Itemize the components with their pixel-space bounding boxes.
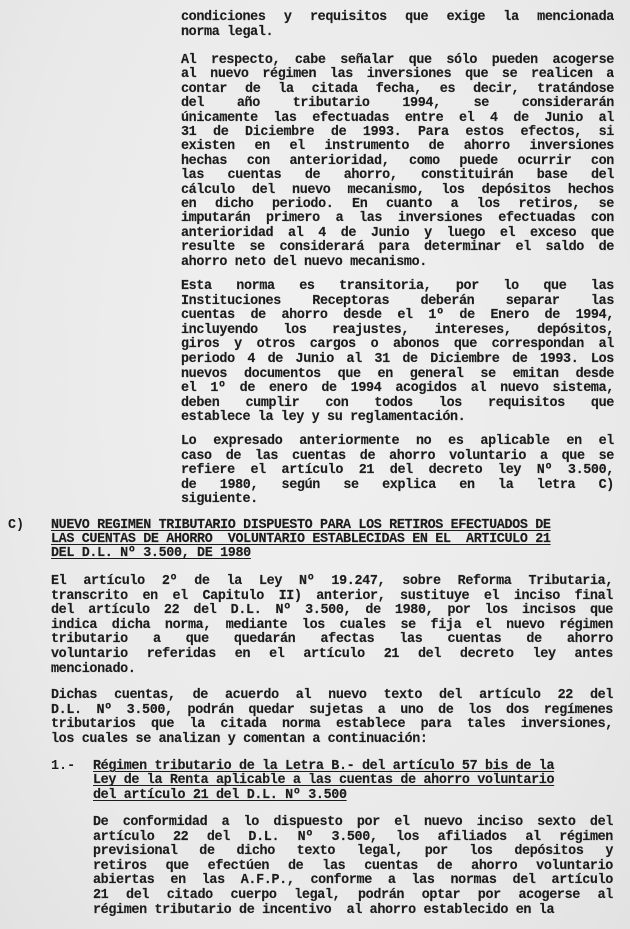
text-line: Esta norma es transitoria, por lo que la…	[181, 279, 614, 294]
text-line: indica dicha norma, mediante los cuales …	[51, 618, 613, 633]
text-line: giros y otros cargos o abonos que corres…	[181, 337, 614, 352]
text-line: Ley de la Renta aplicable a las cuentas …	[93, 773, 613, 788]
text-line: del artículo 21 del D.L. Nº 3.500	[93, 788, 613, 803]
text-line: De conformidad a lo dispuesto por el nue…	[93, 815, 613, 830]
text-line: Al respecto, cabe señalar que sólo puede…	[181, 53, 614, 68]
section-c-label: C)	[8, 518, 24, 533]
text-line: norma legal.	[181, 25, 614, 40]
text-line: voluntario referidas en el artículo 21 d…	[51, 647, 613, 662]
scanned-document-page: condiciones y requisitos que exige la me…	[0, 0, 630, 929]
text-line: 21 del citado cuerpo legal, podrán optar…	[93, 888, 613, 903]
text-line: el 1º de enero de 1994 acogidos al nuevo…	[181, 381, 614, 396]
text-line: contar de la citada fecha, es decir, tra…	[181, 82, 614, 97]
text-line: abiertas en las A.F.P., conforme a las n…	[93, 873, 613, 888]
text-line: cálculo del nuevo mecanismo, los depósit…	[181, 183, 614, 198]
text-line: caso de las cuentas de ahorro voluntario…	[181, 449, 614, 464]
text-line: los cuales se analizan y comentan a cont…	[51, 732, 613, 747]
text-line: hechas con anterioridad, como puede ocur…	[181, 154, 614, 169]
text-line: artículo 22 del D.L. Nº 3.500, los afili…	[93, 830, 613, 845]
text-line: 31 de Diciembre de 1993. Para estos efec…	[181, 125, 614, 140]
text-line: cuentas de ahorro desde el 1º de Enero d…	[181, 308, 614, 323]
text-line: incluyendo los reajustes, intereses, dep…	[181, 323, 614, 338]
text-line: Instituciones Receptoras deberán separar…	[181, 294, 614, 309]
text-line: régimen tributario de incentivo al ahorr…	[93, 903, 613, 918]
text-line: periodo 4 de Junio al 31 de Diciembre de…	[181, 352, 614, 367]
text-line: del artículo 22 del D.L. Nº 3.500, de 19…	[51, 603, 613, 618]
text-line: imputarán primero a las inversiones efec…	[181, 211, 614, 226]
text-line: las cuentas de ahorro, constituirán base…	[181, 168, 614, 183]
text-line: en dicho periodo. En cuanto a los retiro…	[181, 197, 614, 212]
item-1-label: 1.-	[51, 759, 75, 774]
text-line: anterioridad al 4 de Junio y luego el ex…	[181, 226, 614, 241]
text-line: ahorro neto del nuevo mecanismo.	[181, 255, 614, 270]
text-line: del año tributario 1994, se considerarán	[181, 96, 614, 111]
text-line: retiros que efectúen de las cuentas de a…	[93, 859, 613, 874]
text-line: establece la ley y su reglamentación.	[181, 410, 614, 425]
text-line: nuevos documentos que en general se emit…	[181, 367, 614, 382]
text-line: NUEVO REGIMEN TRIBUTARIO DISPUESTO PARA …	[51, 518, 613, 533]
text-line: deben cumplir con todos los requisitos q…	[181, 396, 614, 411]
text-line: refiere el artículo 21 del decreto ley N…	[181, 463, 614, 478]
text-line: de 1980, según se explica en la letra C)	[181, 478, 614, 493]
text-line: únicamente las efectuadas entre el 4 de …	[181, 111, 614, 126]
text-line: mencionado.	[51, 662, 613, 677]
text-line: resulte se considerará para determinar e…	[181, 240, 614, 255]
text-line: Lo expresado anteriormente no es aplicab…	[181, 434, 614, 449]
text-line: condiciones y requisitos que exige la me…	[181, 10, 614, 25]
text-line: Dichas cuentas, de acuerdo al nuevo text…	[51, 688, 613, 703]
text-line: tributarios que la citada norma establec…	[51, 717, 613, 732]
text-line: al nuevo régimen las inversiones que se …	[181, 67, 614, 82]
text-line: Régimen tributario de la Letra B.- del a…	[93, 759, 613, 774]
text-line: transcrito en el Capitulo II) anterior, …	[51, 589, 613, 604]
text-line: existen en el instrumento de ahorro inve…	[181, 139, 614, 154]
text-line: DEL D.L. Nº 3.500, DE 1980	[51, 546, 613, 561]
text-line: D.L. Nº 3.500, podrán quedar sujetas a u…	[51, 703, 613, 718]
text-line: LAS CUENTAS DE AHORRO VOLUNTARIO ESTABLE…	[51, 532, 613, 547]
text-line: El artículo 2º de la Ley Nº 19.247, sobr…	[51, 574, 613, 589]
text-line: previsional de dicho texto legal, por lo…	[93, 844, 613, 859]
text-line: siguiente.	[181, 492, 614, 507]
text-line: tributario a que quedarán afectas las cu…	[51, 632, 613, 647]
